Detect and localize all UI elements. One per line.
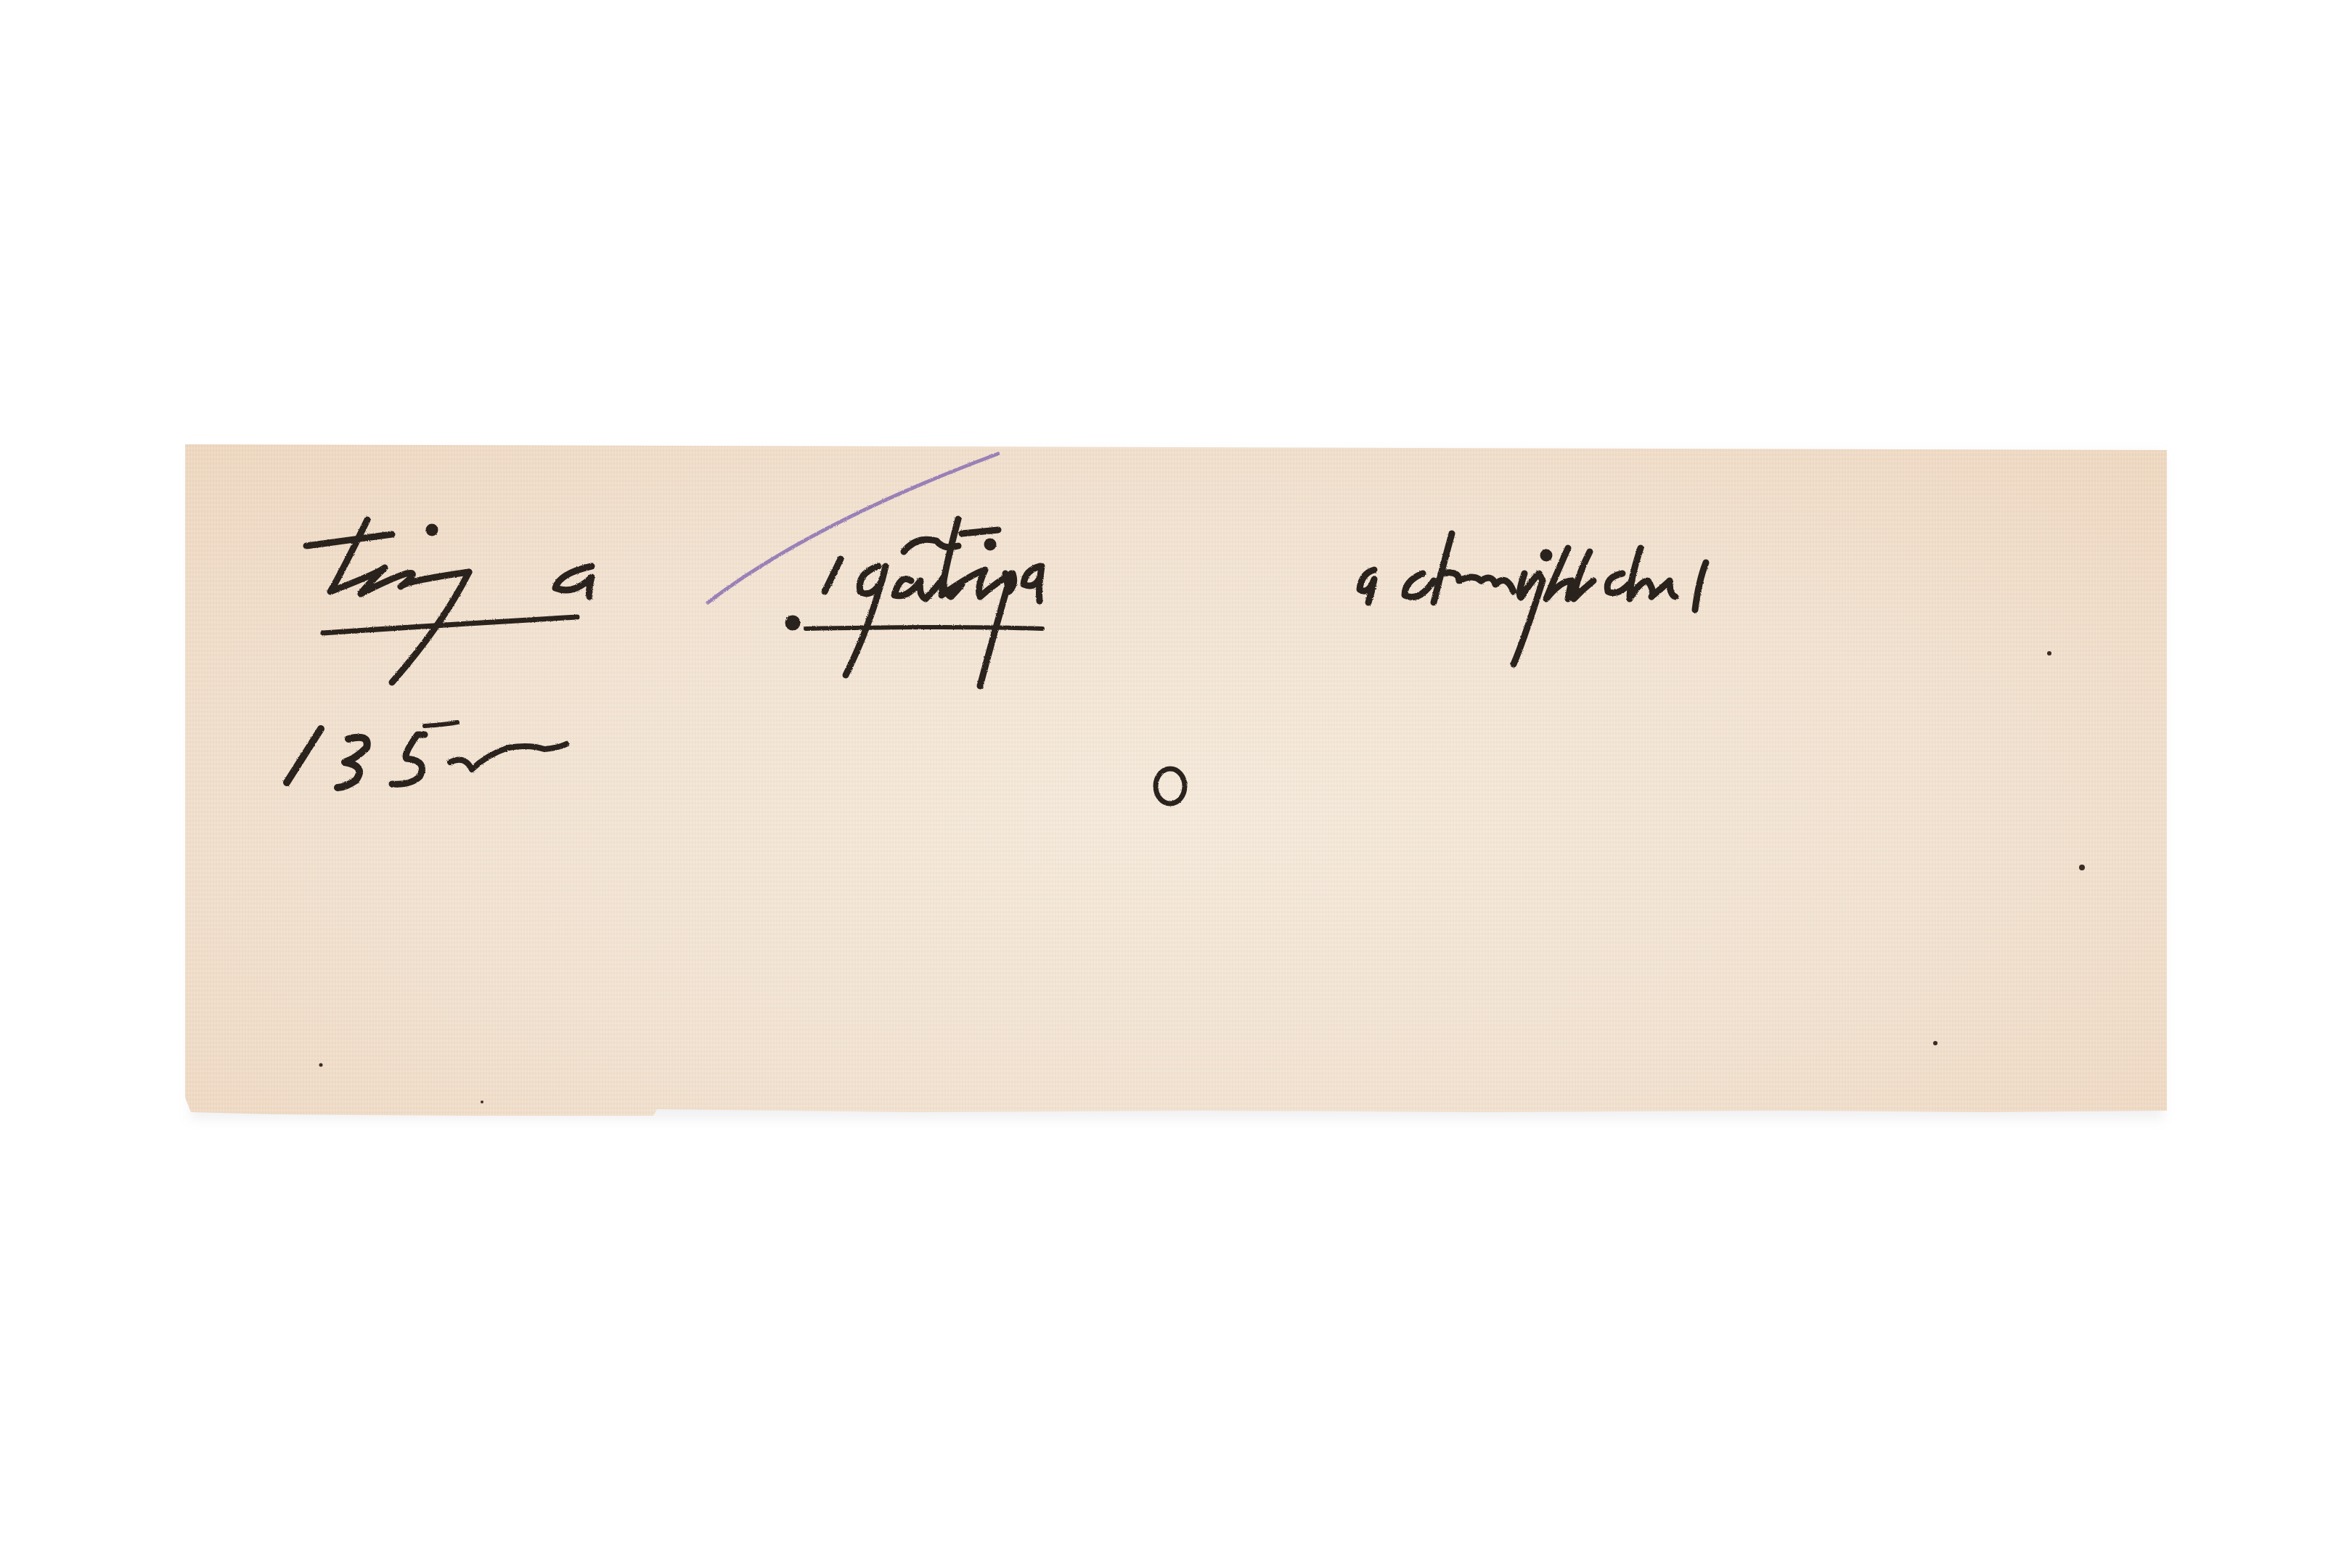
paper-slip [185, 444, 2167, 1116]
transcription-line-2: 135r~ o [0, 0, 1, 1]
pencil-annotation: purple diagonal pencil stroke before 'ŋã… [0, 0, 1, 1]
photo-stage: tiy a .'ŋãu tiy a a straight stick 135r~… [0, 0, 2352, 1568]
transcription-line-1: tiy a .'ŋãu tiy a a straight stick [0, 0, 1, 1]
